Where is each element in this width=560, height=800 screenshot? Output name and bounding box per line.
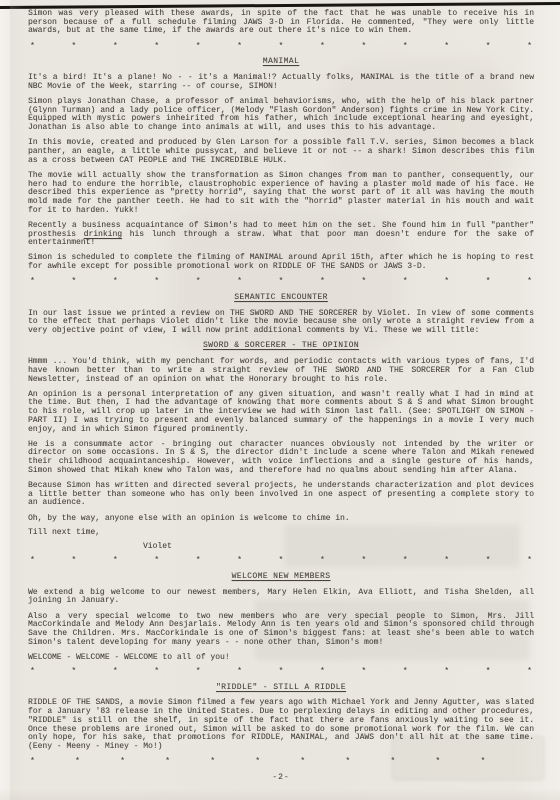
- separator-asterisks: *************: [28, 43, 534, 52]
- body-paragraph: It's a bird! It's a plane! No - - it's a…: [28, 74, 534, 91]
- body-paragraph: In this movie, created and produced by G…: [28, 139, 534, 165]
- asterisk: *: [527, 557, 532, 566]
- asterisk: *: [237, 668, 242, 677]
- body-paragraph: RIDDLE OF THE SANDS, a movie Simon filme…: [28, 699, 534, 751]
- asterisk: *: [154, 557, 159, 566]
- body-paragraph: We extend a big welcome to our newest me…: [28, 589, 534, 606]
- body-paragraph: Recently a business acquaintance of Simo…: [28, 222, 534, 248]
- asterisk: *: [361, 43, 366, 52]
- photocopy-top-edge-line: [0, 2, 560, 9]
- asterisk: *: [279, 668, 284, 677]
- asterisk: *: [345, 758, 350, 767]
- asterisk: *: [113, 668, 118, 677]
- section-heading-riddle-still-a-riddle: "RIDDLE" - STILL A RIDDLE: [28, 684, 534, 693]
- asterisk: *: [279, 278, 284, 287]
- asterisk: *: [444, 668, 449, 677]
- page-edge-shade: [0, 788, 560, 800]
- asterisk: *: [154, 278, 159, 287]
- body-paragraph: The movie will actually show the transfo…: [28, 172, 534, 216]
- asterisk: *: [403, 668, 408, 677]
- separator-asterisks: ***********: [28, 758, 487, 767]
- asterisk: *: [30, 278, 35, 287]
- body-paragraph: An opinion is a personal interpretation …: [28, 391, 534, 435]
- asterisk: *: [444, 557, 449, 566]
- separator-asterisks: *************: [28, 557, 534, 566]
- asterisk: *: [403, 278, 408, 287]
- asterisk: *: [486, 278, 491, 287]
- asterisk: *: [30, 43, 35, 52]
- newsletter-body: Simon was very pleased with these awards…: [28, 10, 534, 783]
- section-heading-manimal: MANIMAL: [28, 58, 534, 67]
- photocopied-newsletter-page: Simon was very pleased with these awards…: [0, 0, 560, 800]
- asterisk: *: [71, 43, 76, 52]
- body-paragraph: Also a very special welcome to two new m…: [28, 613, 534, 648]
- body-paragraph: Simon was very pleased with these awards…: [28, 10, 534, 36]
- body-paragraph: Simon plays Jonathan Chase, a professor …: [28, 98, 534, 133]
- body-line: Till next time,: [28, 529, 534, 538]
- body-paragraph: Hmmm ... You'd think, with my penchant f…: [28, 358, 534, 384]
- asterisk: *: [120, 758, 125, 767]
- underlined-word: drinking: [84, 230, 122, 239]
- asterisk: *: [30, 557, 35, 566]
- asterisk: *: [30, 758, 35, 767]
- asterisk: *: [30, 668, 35, 677]
- asterisk: *: [113, 43, 118, 52]
- body-paragraph: Because Simon has written and directed s…: [28, 482, 534, 508]
- separator-asterisks: *************: [28, 278, 534, 287]
- asterisk: *: [210, 758, 215, 767]
- asterisk: *: [320, 668, 325, 677]
- asterisk: *: [320, 557, 325, 566]
- asterisk: *: [237, 43, 242, 52]
- asterisk: *: [113, 557, 118, 566]
- asterisk: *: [113, 278, 118, 287]
- asterisk: *: [444, 43, 449, 52]
- asterisk: *: [361, 278, 366, 287]
- asterisk: *: [255, 758, 260, 767]
- asterisk: *: [486, 43, 491, 52]
- asterisk: *: [279, 43, 284, 52]
- asterisk: *: [527, 43, 532, 52]
- asterisk: *: [237, 278, 242, 287]
- asterisk: *: [527, 668, 532, 677]
- asterisk: *: [165, 758, 170, 767]
- asterisk: *: [527, 278, 532, 287]
- asterisk: *: [390, 758, 395, 767]
- asterisk: *: [154, 43, 159, 52]
- asterisk: *: [403, 557, 408, 566]
- asterisk: *: [279, 557, 284, 566]
- asterisk: *: [486, 557, 491, 566]
- signature-violet: Violet: [143, 543, 534, 552]
- asterisk: *: [196, 43, 201, 52]
- asterisk: *: [71, 668, 76, 677]
- asterisk: *: [320, 43, 325, 52]
- asterisk: *: [403, 43, 408, 52]
- body-paragraph: In our last issue we printed a review on…: [28, 310, 534, 336]
- asterisk: *: [320, 278, 325, 287]
- asterisk: *: [444, 278, 449, 287]
- body-line: WELCOME - WELCOME - WELCOME to all of yo…: [28, 654, 534, 663]
- asterisk: *: [435, 758, 440, 767]
- page-number: -2-: [28, 774, 534, 783]
- asterisk: *: [196, 557, 201, 566]
- section-heading-welcome-new-members: WELCOME NEW MEMBERS: [28, 573, 534, 582]
- body-line: Oh, by the way, anyone else with an opin…: [28, 515, 534, 524]
- asterisk: *: [154, 668, 159, 677]
- body-paragraph: Simon is scheduled to complete the filmi…: [28, 254, 534, 271]
- asterisk: *: [71, 557, 76, 566]
- separator-asterisks: *************: [28, 668, 534, 677]
- asterisk: *: [480, 758, 485, 767]
- section-heading-semantic-encounter: SEMANTIC ENCOUNTER: [28, 294, 534, 303]
- asterisk: *: [361, 557, 366, 566]
- page-edge-shade: [10, 0, 24, 800]
- asterisk: *: [237, 557, 242, 566]
- asterisk: *: [300, 758, 305, 767]
- asterisk: *: [196, 278, 201, 287]
- asterisk: *: [75, 758, 80, 767]
- body-paragraph: He is a consummate actor - bringing out …: [28, 441, 534, 476]
- asterisk: *: [486, 668, 491, 677]
- asterisk: *: [361, 668, 366, 677]
- asterisk: *: [196, 668, 201, 677]
- asterisk: *: [71, 278, 76, 287]
- section-heading-sword-sorcerer-the-opinion: SWORD & SORCERER - THE OPINION: [28, 342, 534, 351]
